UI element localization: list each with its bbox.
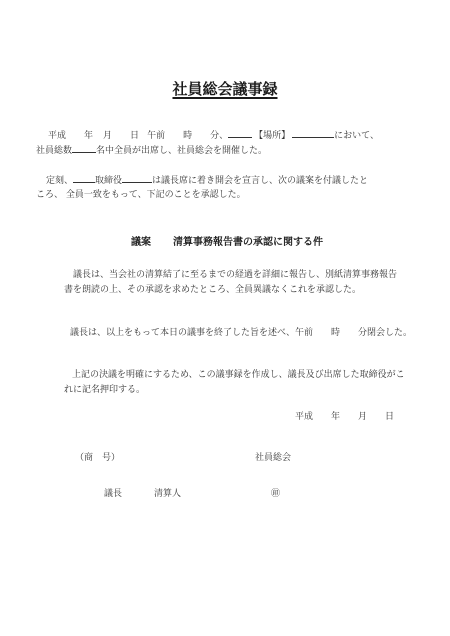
blank-field	[73, 173, 95, 183]
liquidator-label-text: 清算人	[154, 489, 181, 499]
report-line-1: 議長は、当会社の清算結了に至るまでの経過を詳細に報告し、別紙清算事務報告	[73, 268, 397, 283]
record-text-cont: れに記名押印する。	[64, 385, 145, 395]
date-era: 平成	[295, 412, 313, 422]
date-year: 年	[331, 412, 340, 422]
place-label: 【場所】	[254, 131, 290, 141]
chair-signature-label: 議長	[104, 487, 122, 502]
company-label-text: （商 号）	[75, 453, 120, 463]
opening-line-2: 社員総数名中全員が出席し、社員総会を開催した。	[36, 143, 267, 159]
director-blank	[122, 173, 152, 183]
chair-text-cont: ころ、 全員一致をもって、下記のことを承認した。	[36, 190, 246, 200]
director-label: 取締役	[95, 176, 122, 186]
record-line-2: れに記名押印する。	[64, 383, 145, 398]
place-blank	[292, 128, 334, 138]
hour-label: 時	[183, 131, 192, 141]
document-page: 社員総会議事録 平成年月日午前時分、【場所】において、 社員総数名中全員が出席し…	[0, 0, 450, 636]
liquidator-label: 清算人	[154, 487, 181, 502]
closing-line: 議長は、以上をもって本日の議事を終了した旨を述べ、午前時分閉会した。	[70, 326, 412, 341]
closing-suffix: 分閉会した。	[358, 328, 412, 338]
blank-field	[228, 128, 252, 138]
minute-label: 分、	[210, 131, 228, 141]
document-title-text: 社員総会議事録	[172, 80, 277, 98]
date-day: 日	[385, 412, 394, 422]
report-text: 議長は、当会社の清算結了に至るまでの経過を詳細に報告し、別紙清算事務報告	[73, 270, 397, 280]
am-label: 午前	[147, 131, 165, 141]
year-label: 年	[84, 131, 93, 141]
month-label: 月	[103, 131, 112, 141]
record-line-1: 上記の決議を明確にするため、この議事録を作成し、議長及び出席した取締役がこ	[72, 368, 405, 383]
member-count-label: 社員総数	[36, 146, 72, 156]
agenda-subject: 清算事務報告書の承認に関する件	[173, 237, 323, 248]
attendance-text: 名中全員が出席し、社員総会を開催した。	[96, 146, 267, 156]
agenda-label: 議案	[131, 237, 151, 248]
place-suffix: において、	[334, 131, 379, 141]
chair-line-1: 定刻、取締役は議長席に着き開会を宣言し、次の議案を付議したと	[46, 173, 368, 189]
report-line-2: 書を朗読の上、その承認を求めたところ、全員異議なくこれを承認した。	[64, 283, 361, 298]
chair-label-text: 議長	[104, 489, 122, 499]
era: 平成	[48, 131, 66, 141]
meeting-label-text: 社員総会	[255, 453, 291, 463]
report-text-cont: 書を朗読の上、その承認を求めたところ、全員異議なくこれを承認した。	[64, 285, 361, 295]
meeting-label: 社員総会	[255, 451, 291, 466]
signature-date: 平成年月日	[295, 410, 394, 425]
document-title: 社員総会議事録	[0, 78, 450, 99]
on-time-label: 定刻、	[46, 176, 73, 186]
record-text: 上記の決議を明確にするため、この議事録を作成し、議長及び出席した取締役がこ	[72, 370, 405, 380]
chair-line-2: ころ、 全員一致をもって、下記のことを承認した。	[36, 188, 246, 203]
closing-text: 議長は、以上をもって本日の議事を終了した旨を述べ、午前	[70, 328, 313, 338]
seal-icon: ㊞	[271, 487, 280, 502]
company-name-label: （商 号）	[75, 451, 120, 466]
day-label: 日	[130, 131, 139, 141]
chair-text: は議長席に着き開会を宣言し、次の議案を付議したと	[152, 176, 368, 186]
date-month: 月	[358, 412, 367, 422]
seal-mark: ㊞	[271, 489, 280, 499]
closing-hour-label: 時	[331, 328, 340, 338]
member-count-blank	[72, 143, 96, 153]
agenda-heading: 議案清算事務報告書の承認に関する件	[131, 233, 323, 248]
opening-line-1: 平成年月日午前時分、【場所】において、	[48, 128, 379, 144]
